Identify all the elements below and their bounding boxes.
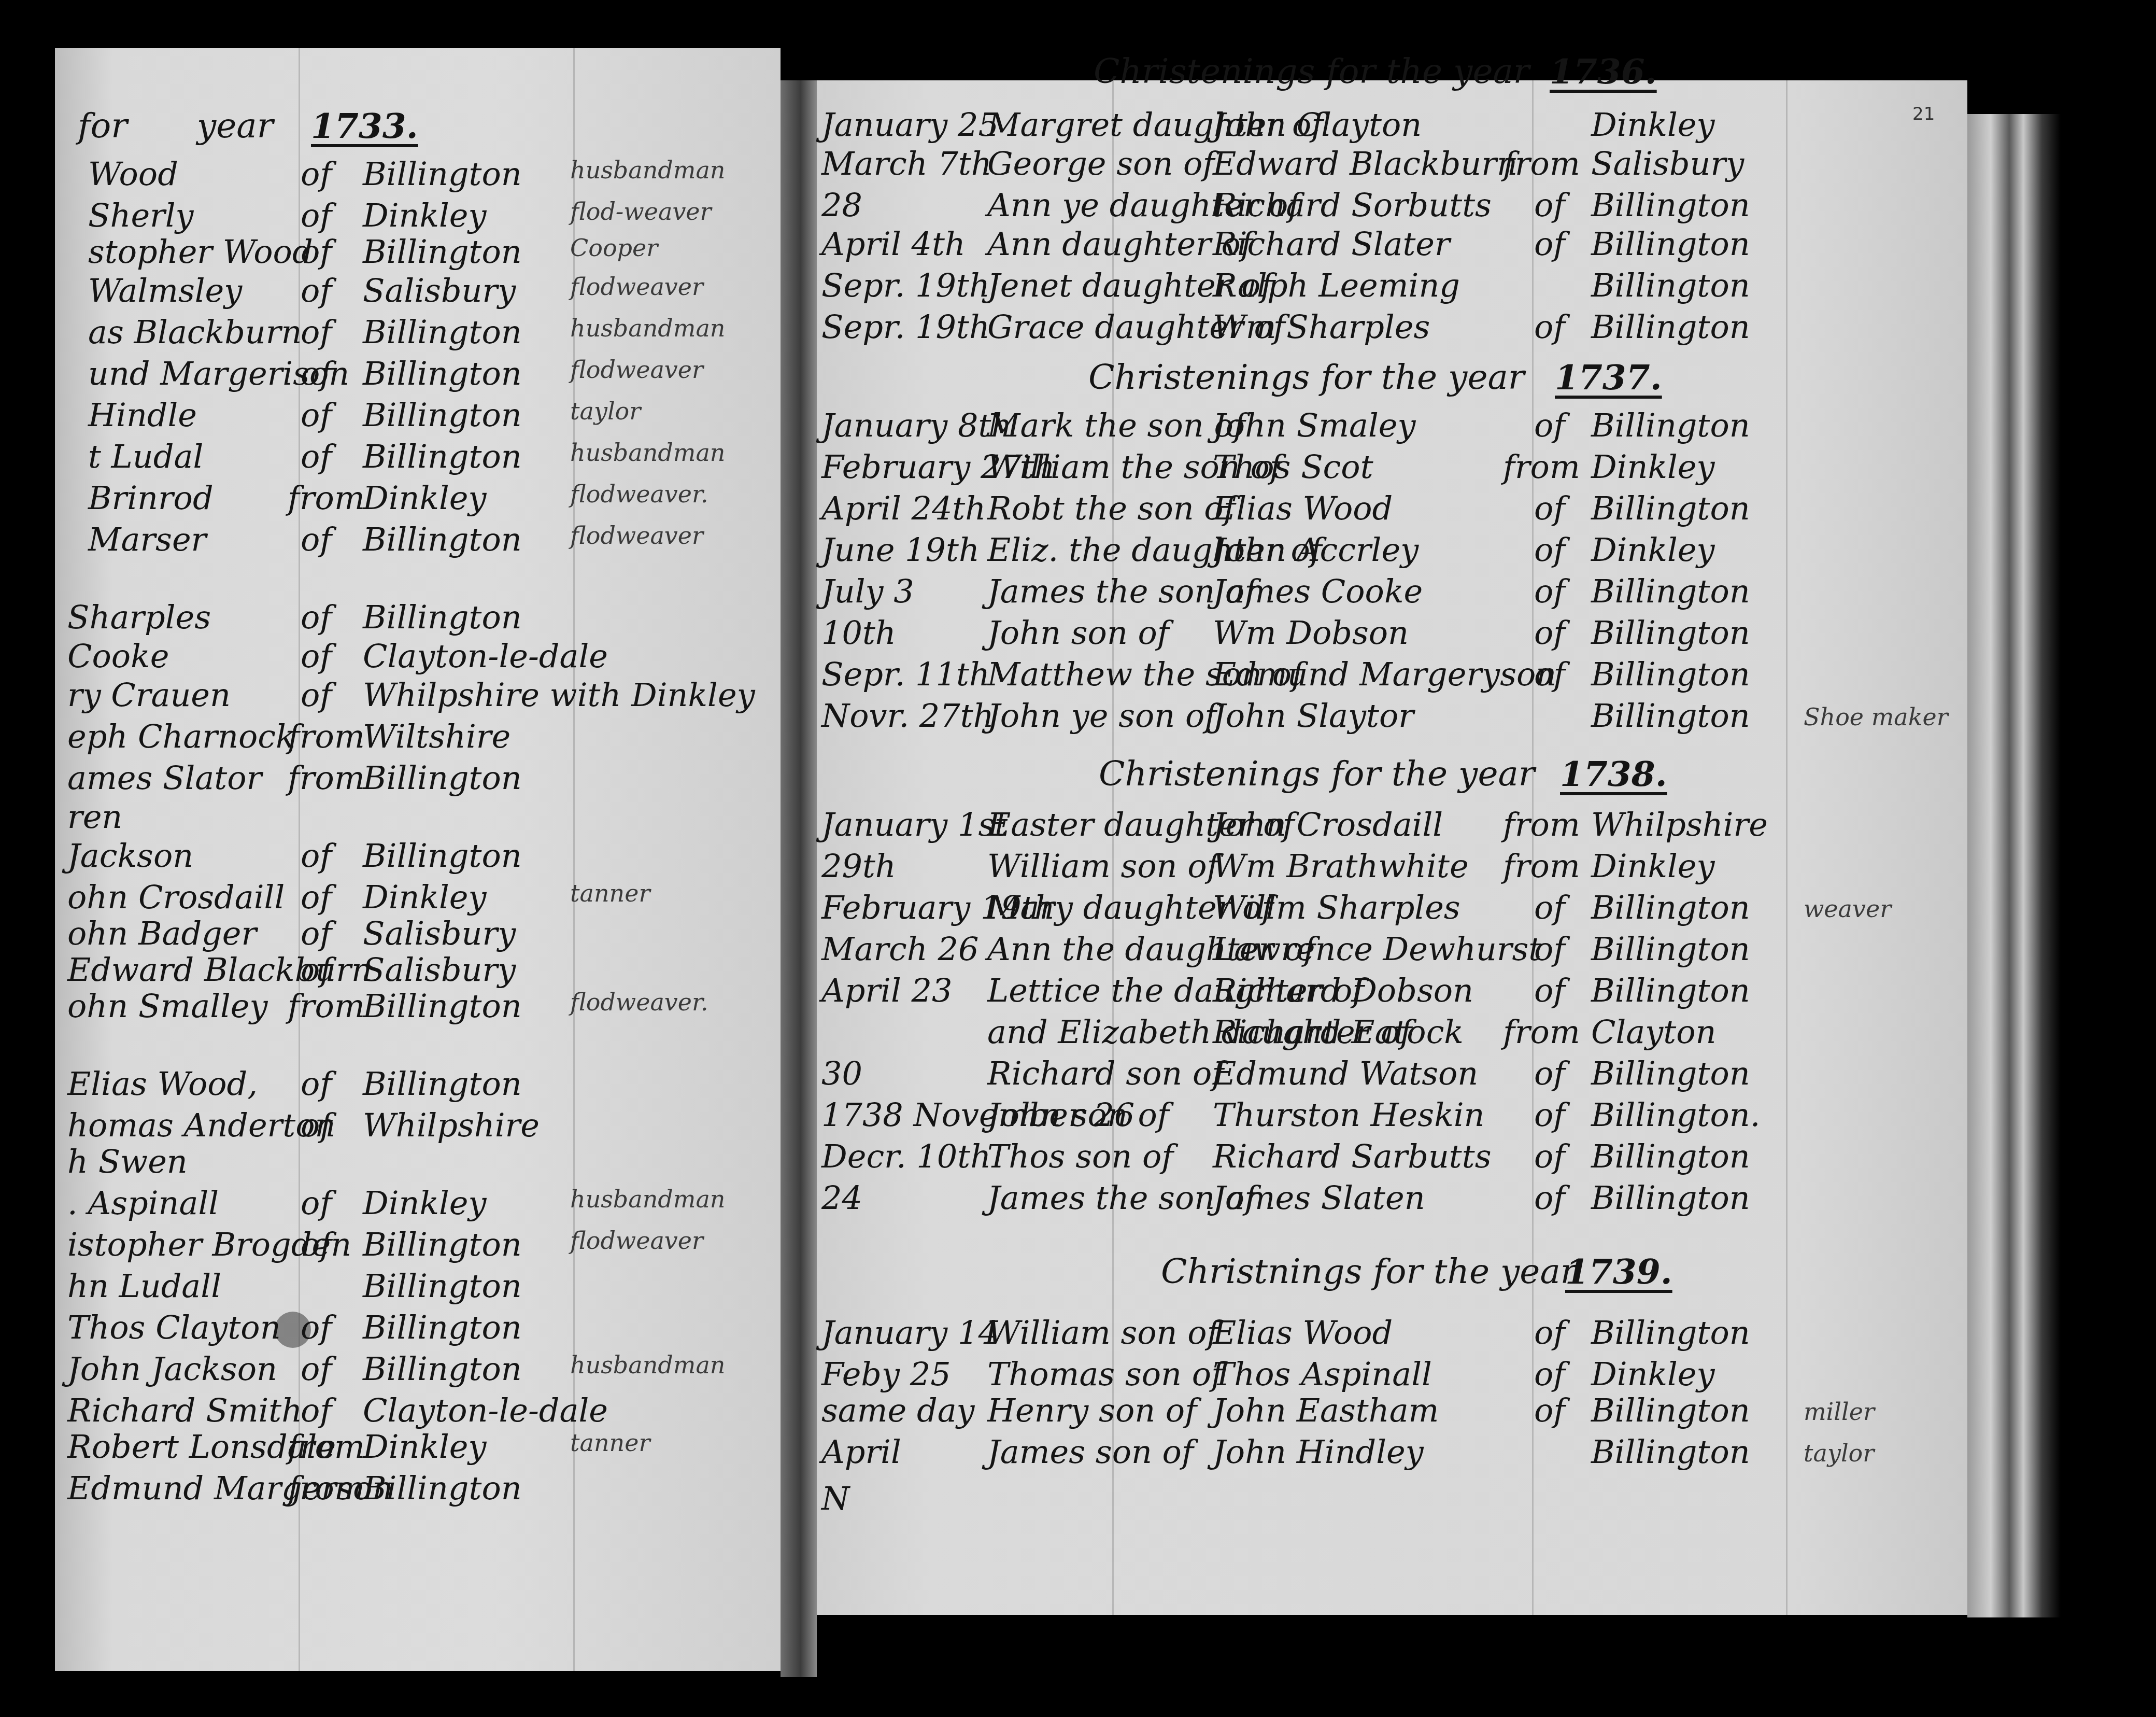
register-preposition: of <box>301 840 332 872</box>
entry-child: William son of <box>987 850 1218 882</box>
entry-preposition: of <box>1534 1358 1565 1390</box>
entry-preposition: of <box>1534 1317 1565 1349</box>
register-preposition: of <box>301 358 332 390</box>
entry-father: Wm Brathwhite <box>1213 850 1469 882</box>
register-preposition: of <box>301 954 332 986</box>
register-name: ren <box>67 801 122 833</box>
register-preposition: of <box>301 1353 332 1385</box>
entry-occupation-note: weaver <box>1804 897 1891 921</box>
entry-date: 24 <box>821 1182 862 1214</box>
register-place: Billington <box>363 1472 522 1504</box>
register-occupation: husbandman <box>570 441 725 465</box>
register-preposition: of <box>301 918 332 950</box>
entry-preposition: of <box>1534 575 1565 608</box>
section-title: Christnings for the year <box>1161 1255 1577 1289</box>
register-occupation: husbandman <box>570 1187 725 1211</box>
entry-preposition: of <box>1534 617 1565 649</box>
header-year: 1733. <box>311 109 418 143</box>
entry-place: Dinkley <box>1591 850 1715 882</box>
entry-preposition: from <box>1503 1016 1580 1048</box>
register-place: Billington <box>363 316 522 348</box>
register-place: Dinkley <box>363 200 487 232</box>
register-preposition: of <box>301 1068 332 1100</box>
register-preposition: from <box>288 1472 365 1504</box>
register-occupation: tanner <box>570 1431 650 1455</box>
register-name: hn Ludall <box>67 1270 221 1302</box>
entry-date: 29th <box>821 850 896 882</box>
entry-father: John Crosdaill <box>1213 809 1443 841</box>
register-name: ohn Crosdaill <box>67 881 285 913</box>
register-preposition: of <box>301 1229 332 1261</box>
register-name: eph Charnock <box>67 721 295 753</box>
entry-preposition: of <box>1534 975 1565 1007</box>
entry-date: January 14 <box>821 1317 999 1349</box>
register-place: Whilpshire with Dinkley <box>363 679 755 711</box>
register-name: Thos Clayton <box>67 1312 281 1344</box>
entry-place: Dinkley <box>1591 534 1715 566</box>
register-place: Whilpshire <box>363 1109 540 1142</box>
entry-father: Richard Eatock <box>1213 1016 1464 1048</box>
register-preposition: of <box>301 316 332 348</box>
entry-date: Feby 25 <box>821 1358 951 1390</box>
entry-father: John Smaley <box>1213 410 1416 442</box>
register-preposition: of <box>301 524 332 556</box>
register-preposition: of <box>301 275 332 307</box>
register-place: Billington <box>363 399 522 431</box>
register-name: . Aspinall <box>67 1187 219 1219</box>
entry-place: Billington <box>1591 492 1750 525</box>
register-name: Marser <box>88 524 206 556</box>
entry-father: Lawrence Dewhurst <box>1213 933 1541 965</box>
register-occupation: flod-weaver <box>570 200 712 223</box>
entry-father: Elias Wood <box>1213 1317 1393 1349</box>
entry-date: 10th <box>821 617 896 649</box>
section-title: Christenings for the year <box>1094 54 1529 89</box>
register-place: Billington <box>363 358 522 390</box>
register-preposition: of <box>301 679 332 711</box>
section-year: 1736. <box>1550 54 1657 89</box>
register-preposition: of <box>301 1187 332 1219</box>
entry-preposition: of <box>1534 311 1565 343</box>
entry-father: Ralph Leeming <box>1213 270 1460 302</box>
entry-preposition: of <box>1534 228 1565 260</box>
header-for: for <box>78 109 127 143</box>
register-name: Sherly <box>88 200 194 232</box>
entry-date: Sepr. 19th <box>821 270 990 302</box>
entry-place: Billington <box>1591 700 1750 732</box>
entry-date: N <box>821 1483 849 1515</box>
entry-date: Decr. 10th <box>821 1141 991 1173</box>
entry-preposition: of <box>1534 1058 1565 1090</box>
entry-place: Billington <box>1591 270 1750 302</box>
register-place: Billington <box>363 840 522 872</box>
register-occupation: flodweaver <box>570 358 703 382</box>
entry-place: Billington <box>1591 228 1750 260</box>
header-year-word: year <box>197 109 273 143</box>
entry-date: Sepr. 19th <box>821 311 990 343</box>
register-preposition: of <box>301 200 332 232</box>
entry-place: Dinkley <box>1591 1358 1715 1390</box>
entry-father: James Cooke <box>1213 575 1423 608</box>
entry-place: Billington <box>1591 1317 1750 1349</box>
entry-preposition: of <box>1534 492 1565 525</box>
register-place: Billington <box>363 1229 522 1261</box>
entry-child: John son of <box>987 1099 1169 1131</box>
register-place: Billington <box>363 601 522 634</box>
entry-child: Henry son of <box>987 1395 1197 1427</box>
entry-occupation-note: Shoe maker <box>1804 705 1948 729</box>
register-preposition: of <box>301 441 332 473</box>
entry-father: Willm Sharples <box>1213 892 1460 924</box>
register-name: as Blackburn <box>88 316 302 348</box>
entry-child: John son of <box>987 617 1169 649</box>
register-name: Hindle <box>88 399 197 431</box>
entry-place: Billington <box>1591 1058 1750 1090</box>
entry-child: Richard son of <box>987 1058 1224 1090</box>
register-place: Salisbury <box>363 918 516 950</box>
entry-place: Billington <box>1591 575 1750 608</box>
register-name: Sharples <box>67 601 211 634</box>
entry-place: Billington. <box>1591 1099 1760 1131</box>
register-occupation: flodweaver. <box>570 990 708 1014</box>
register-place: Billington <box>363 1068 522 1100</box>
section-year: 1737. <box>1555 360 1662 395</box>
register-preposition: of <box>301 399 332 431</box>
section-title: Christenings for the year <box>1088 360 1524 395</box>
register-occupation: flodweaver <box>570 1229 703 1252</box>
entry-preposition: of <box>1534 1395 1565 1427</box>
entry-date: April 4th <box>821 228 966 260</box>
register-place: Billington <box>363 524 522 556</box>
entry-father: John Slaytor <box>1213 700 1414 732</box>
entry-date: Sepr. 11th <box>821 658 990 691</box>
register-place: Dinkley <box>363 482 487 514</box>
register-name: Walmsley <box>88 275 242 307</box>
register-preposition: from <box>288 721 365 753</box>
entry-date: July 3 <box>821 575 914 608</box>
register-name: ohn Badger <box>67 918 257 950</box>
entry-occupation-note: taylor <box>1804 1441 1874 1465</box>
entry-father: John Clayton <box>1213 109 1422 141</box>
entry-date: January 8th <box>821 410 1012 442</box>
register-name: Richard Smith <box>67 1395 302 1427</box>
entry-place: Billington <box>1591 1182 1750 1214</box>
entry-preposition: from <box>1503 809 1580 841</box>
entry-preposition: from <box>1503 148 1580 180</box>
entry-place: Dinkley <box>1591 109 1715 141</box>
register-place: Billington <box>363 1312 522 1344</box>
entry-date: April 24th <box>821 492 986 525</box>
entry-preposition: of <box>1534 189 1565 221</box>
register-preposition: from <box>288 1431 365 1463</box>
entry-child: Thomas son of <box>987 1358 1223 1390</box>
register-occupation: tanner <box>570 881 650 905</box>
entry-place: Billington <box>1591 617 1750 649</box>
entry-date: 28 <box>821 189 862 221</box>
register-name: Brinrod <box>88 482 214 514</box>
entry-preposition: from <box>1503 850 1580 882</box>
register-preposition: from <box>288 990 365 1022</box>
entry-place: Billington <box>1591 1141 1750 1173</box>
column-rule <box>1786 80 1788 1615</box>
register-place: Billington <box>363 990 522 1022</box>
register-preposition: of <box>301 1109 332 1142</box>
register-preposition: of <box>301 601 332 634</box>
register-name: Jackson <box>67 840 193 872</box>
entry-place: Billington <box>1591 410 1750 442</box>
register-name: ry Crauen <box>67 679 231 711</box>
register-occupation: husbandman <box>570 316 725 340</box>
entry-child: Robt the son of <box>987 492 1236 525</box>
entry-father: Thos Aspinall <box>1213 1358 1432 1390</box>
entry-date: Novr. 27th <box>821 700 994 732</box>
register-occupation: flodweaver. <box>570 482 708 506</box>
entry-father: Richard Dobson <box>1213 975 1473 1007</box>
entry-father: Elias Wood <box>1213 492 1393 525</box>
register-occupation: husbandman <box>570 1353 725 1377</box>
entry-preposition: of <box>1534 534 1565 566</box>
register-place: Billington <box>363 158 522 190</box>
entry-father: Edmund Watson <box>1213 1058 1478 1090</box>
register-place: Billington <box>363 762 522 794</box>
entry-child: William son of <box>987 1317 1218 1349</box>
register-preposition: from <box>288 762 365 794</box>
entry-child: James son of <box>987 1436 1194 1468</box>
entry-place: Billington <box>1591 1436 1750 1468</box>
register-place: Billington <box>363 441 522 473</box>
entry-date: January 25 <box>821 109 999 141</box>
entry-date: April 23 <box>821 975 952 1007</box>
entry-father: Richard Sorbutts <box>1213 189 1492 221</box>
entry-date: same day <box>821 1395 975 1427</box>
register-name: homas Anderton <box>67 1109 335 1142</box>
entry-date: June 19th <box>821 534 980 566</box>
register-name: ohn Smalley <box>67 990 268 1022</box>
entry-father: James Slaten <box>1213 1182 1425 1214</box>
register-place: Clayton-le-dale <box>363 1395 608 1427</box>
entry-preposition: of <box>1534 1099 1565 1131</box>
entry-occupation-note: miller <box>1804 1400 1875 1424</box>
entry-place: Billington <box>1591 1395 1750 1427</box>
register-place: Dinkley <box>363 1187 487 1219</box>
entry-child: Mark the son of <box>987 410 1245 442</box>
book-gutter <box>781 80 817 1677</box>
entry-preposition: of <box>1534 1141 1565 1173</box>
entry-place: Whilpshire <box>1591 809 1768 841</box>
entry-preposition: of <box>1534 1182 1565 1214</box>
entry-father: John Eastham <box>1213 1395 1439 1427</box>
register-name: Cooke <box>67 640 169 672</box>
entry-father: Edmund Margeryson <box>1213 658 1556 691</box>
register-preposition: of <box>301 236 332 268</box>
register-name: Elias Wood, <box>67 1068 258 1100</box>
entry-date: March 7th <box>821 148 992 180</box>
entry-father: Edward Blackburn <box>1213 148 1517 180</box>
register-name: stopher Wood <box>88 236 313 268</box>
entry-preposition: of <box>1534 892 1565 924</box>
entry-father: John Accrley <box>1213 534 1419 566</box>
entry-place: Billington <box>1591 933 1750 965</box>
entry-father: Richard Slater <box>1213 228 1450 260</box>
register-name: John Jackson <box>67 1353 277 1385</box>
register-preposition: of <box>301 881 332 913</box>
register-place: Salisbury <box>363 954 516 986</box>
register-preposition: of <box>301 158 332 190</box>
entry-place: Clayton <box>1591 1016 1716 1048</box>
register-occupation: husbandman <box>570 158 725 182</box>
register-place: Wiltshire <box>363 721 510 753</box>
register-occupation: Cooper <box>570 236 658 260</box>
section-title: Christenings for the year <box>1099 757 1535 791</box>
entry-date: January 1st <box>821 809 1008 841</box>
register-preposition: of <box>301 1395 332 1427</box>
entry-father: Thurston Heskin <box>1213 1099 1484 1131</box>
register-place: Salisbury <box>363 275 516 307</box>
register-occupation: flodweaver <box>570 275 703 299</box>
entry-date: April <box>821 1436 901 1468</box>
entry-preposition: of <box>1534 658 1565 691</box>
page-number: 21 <box>1912 104 1935 124</box>
entry-father: Wm Sharples <box>1213 311 1430 343</box>
entry-place: Salisbury <box>1591 148 1744 180</box>
entry-father: John Hindley <box>1213 1436 1424 1468</box>
entry-preposition: of <box>1534 933 1565 965</box>
register-place: Clayton-le-dale <box>363 640 608 672</box>
entry-father: Richard Sarbutts <box>1213 1141 1492 1173</box>
entry-father: Wm Dobson <box>1213 617 1409 649</box>
section-year: 1738. <box>1560 757 1667 791</box>
register-name: ames Slator <box>67 762 262 794</box>
register-preposition: of <box>301 640 332 672</box>
page-edge-stack <box>1967 114 2061 1617</box>
register-name: t Ludal <box>88 441 203 473</box>
entry-child: John ye son of <box>987 700 1216 732</box>
register-name: Wood <box>88 158 178 190</box>
register-place: Dinkley <box>363 1431 487 1463</box>
register-place: Billington <box>363 1353 522 1385</box>
entry-place: Billington <box>1591 311 1750 343</box>
register-preposition: of <box>301 1312 332 1344</box>
register-name: h Swen <box>67 1146 188 1178</box>
register-occupation: taylor <box>570 399 641 423</box>
register-place: Billington <box>363 236 522 268</box>
entry-place: Billington <box>1591 189 1750 221</box>
register-occupation: flodweaver <box>570 524 703 547</box>
register-place: Billington <box>363 1270 522 1302</box>
entry-place: Billington <box>1591 892 1750 924</box>
entry-child: George son of <box>987 148 1214 180</box>
entry-preposition: from <box>1503 451 1580 483</box>
entry-place: Billington <box>1591 975 1750 1007</box>
entry-place: Billington <box>1591 658 1750 691</box>
section-year: 1739. <box>1565 1255 1672 1289</box>
entry-child: Thos son of <box>987 1141 1173 1173</box>
register-place: Dinkley <box>363 881 487 913</box>
entry-father: Thos Scot <box>1213 451 1373 483</box>
entry-date: 30 <box>821 1058 862 1090</box>
entry-place: Dinkley <box>1591 451 1715 483</box>
register-preposition: from <box>288 482 365 514</box>
entry-date: March 26 <box>821 933 978 965</box>
entry-preposition: of <box>1534 410 1565 442</box>
